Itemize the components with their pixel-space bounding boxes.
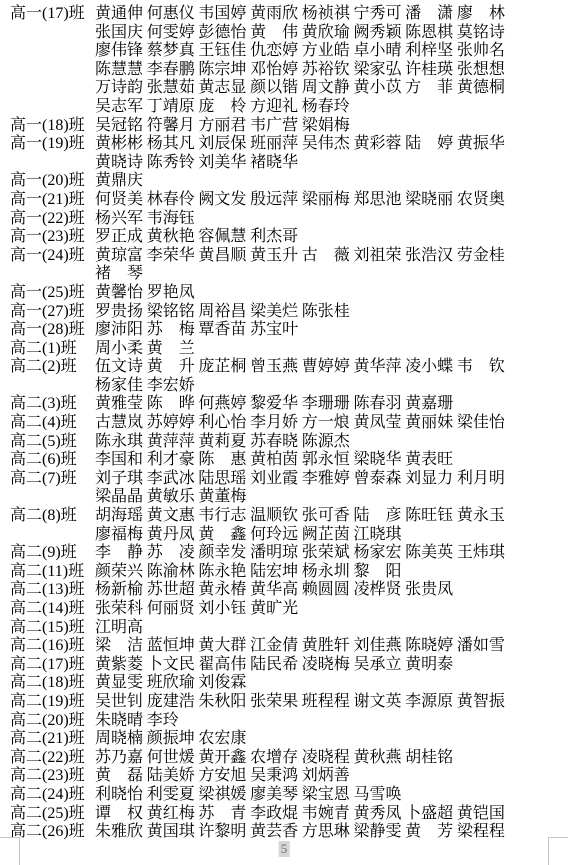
student-name: 黄永椿 (198, 581, 250, 600)
roster-row: 高二(4)班古慧岚苏婷婷利心怡李月娇方一烺黄凤莹黄丽妹梁佳怡 (0, 414, 568, 433)
student-name: 古慧岚 (95, 414, 147, 433)
roster-row: 高二(18)班黄显雯班欣瑜刘俊霖 (0, 674, 568, 693)
class-label: 高一(21)班 (0, 191, 95, 210)
roster-row: 高一(17)班黄通伸何惠仪韦国婷黄雨欣杨祯祺宁秀可潘 潇廖 林 (0, 5, 568, 24)
student-name: 褚 琴 (95, 265, 147, 284)
student-name: 吴承立 (353, 656, 405, 675)
student-name: 黄凤莹 (353, 414, 405, 433)
roster-row: 高二(9)班李 静苏 凌颜幸发潘明琼张荣斌杨家宏陈美英王炜琪 (0, 544, 568, 563)
class-label: 高二(1)班 (0, 340, 95, 359)
student-name: 殷远萍 (250, 191, 302, 210)
student-name: 颜荣兴 (95, 563, 147, 582)
roster-row: 高二(16)班梁 洁蓝恒坤黄大群江金倩黄胜轩刘佳燕陈晓婷潘如雪 (0, 637, 568, 656)
class-label: 高二(24)班 (0, 786, 95, 805)
roster-row: 高二(7)班刘子琪李武冰陆思瑶刘业霞李雅婷曾泰森刘显力利月明 (0, 470, 568, 489)
class-label: 高二(4)班 (0, 414, 95, 433)
student-name: 黄小苡 (353, 79, 405, 98)
student-name: 黄明泰 (405, 656, 457, 675)
student-name: 庞芷桐 (198, 358, 250, 377)
student-name: 廖福梅 (95, 526, 147, 545)
student-name: 周文静 (302, 79, 354, 98)
student-name: 黄秋燕 (353, 749, 405, 768)
student-name: 黄鼎庆 (95, 172, 147, 191)
student-name: 黄彩蓉 (353, 135, 405, 154)
student-name: 阙秀颖 (353, 24, 405, 43)
student-name: 黄 芳 (405, 823, 457, 842)
roster-row: 高二(23)班黄 磊陆美娇方安旭吴秉鸿刘炳善 (0, 767, 568, 786)
student-name: 方 菲 (405, 79, 457, 98)
student-name: 潘如雪 (457, 637, 509, 656)
student-name: 李玲 (147, 712, 199, 731)
student-name: 劳金桂 (457, 247, 509, 266)
class-label: 高二(13)班 (0, 581, 95, 600)
student-name: 黄 鑫 (198, 526, 250, 545)
student-name: 黄华高 (250, 581, 302, 600)
student-name: 利雯夏 (147, 786, 199, 805)
student-name: 梁美烂 (250, 303, 302, 322)
roster-row: 陈慧慧李春鹏陈宗坤邓怡婷苏裕钦梁家弘许桂瑛张想想 (0, 61, 568, 80)
student-name: 吴世钊 (95, 693, 147, 712)
student-name: 黄旷光 (250, 600, 302, 619)
student-name: 韦 钦 (457, 358, 509, 377)
student-name: 廖伟锋 (95, 42, 147, 61)
student-name: 陈秀铃 (147, 154, 199, 173)
student-name: 何世煖 (147, 749, 199, 768)
roster-row: 高二(6)班李国和利才豪陈 惠黄柏茵郭永恒梁晓华黄表旺 (0, 451, 568, 470)
class-label: 高二(16)班 (0, 637, 95, 656)
student-name: 江晓琪 (353, 526, 405, 545)
student-name: 黄 兰 (147, 340, 199, 359)
student-name: 黄德桐 (457, 79, 509, 98)
class-label: 高一(24)班 (0, 247, 95, 266)
student-name: 颜振坤 (147, 730, 199, 749)
student-name: 陆 彦 (353, 507, 405, 526)
class-label: 高二(15)班 (0, 619, 95, 638)
student-name: 林春伶 (147, 191, 199, 210)
student-name: 黄敏乐 (147, 488, 199, 507)
student-name: 黄显雯 (95, 674, 147, 693)
student-name: 刘炳善 (302, 767, 354, 786)
student-name: 梁静雯 (353, 823, 405, 842)
student-name: 黄欣瑜 (302, 24, 354, 43)
student-name: 黄雨欣 (250, 5, 302, 24)
student-name: 曾泰森 (353, 470, 405, 489)
student-name: 黄馨怡 (95, 284, 147, 303)
student-name: 凌晓程 (302, 749, 354, 768)
student-name: 陈永艳 (198, 563, 250, 582)
student-name: 周晓楠 (95, 730, 147, 749)
student-name: 杨永圳 (302, 563, 354, 582)
student-name: 黄芸香 (250, 823, 302, 842)
student-name: 梁晓丽 (405, 191, 457, 210)
roster-row: 高一(23)班罗正成黄秋艳容佩慧利杰哥 (0, 228, 568, 247)
student-name: 杨家宏 (353, 544, 405, 563)
student-name: 何燕婷 (198, 395, 250, 414)
student-name: 黄玉升 (250, 247, 302, 266)
roster-row: 褚 琴 (0, 265, 568, 284)
roster-row: 吴志军丁靖原庞 柃方迎礼杨春玲 (0, 98, 568, 117)
student-name: 罗艳凤 (147, 284, 199, 303)
roster-row: 廖伟锋蔡梦真王钰佳仇恋婷方业皓卓小晴利梓坚张帅名 (0, 42, 568, 61)
student-name: 陈渝林 (147, 563, 199, 582)
student-name: 陈恩棋 (405, 24, 457, 43)
student-name: 杨新榆 (95, 581, 147, 600)
student-name: 宁秀可 (353, 5, 405, 24)
student-name: 韦国婷 (198, 5, 250, 24)
student-name: 周裕昌 (198, 303, 250, 322)
student-name: 刘祖荣 (353, 247, 405, 266)
student-name: 郑思池 (353, 191, 405, 210)
student-name: 邓怡婷 (250, 61, 302, 80)
roster-row: 高二(3)班黄雅莹陈 晔何燕婷黎爱华李珊珊陈春羽黄嘉珊 (0, 395, 568, 414)
class-label: 高一(22)班 (0, 210, 95, 229)
student-name: 凌桦贤 (353, 581, 405, 600)
student-name: 蓝恒坤 (147, 637, 199, 656)
student-name: 廖沛阳 (95, 321, 147, 340)
student-name: 方思琳 (302, 823, 354, 842)
roster-row: 高二(21)班周晓楠颜振坤农宏康 (0, 730, 568, 749)
class-label: 高二(7)班 (0, 470, 95, 489)
student-name: 苏世超 (147, 581, 199, 600)
student-name: 刘小钰 (198, 600, 250, 619)
student-name: 黄昌顺 (198, 247, 250, 266)
class-label: 高二(17)班 (0, 656, 95, 675)
student-name: 谭 权 (95, 805, 147, 824)
student-name: 黄嘉珊 (405, 395, 457, 414)
student-name: 黄雅莹 (95, 395, 147, 414)
student-name: 张想想 (457, 61, 509, 80)
text-boundary-mark-bottom-left (0, 837, 20, 865)
student-name: 班欣瑜 (147, 674, 199, 693)
student-name: 谢文英 (353, 693, 405, 712)
student-name: 黄大群 (198, 637, 250, 656)
student-name: 阙芷茵 (302, 526, 354, 545)
student-name: 梁晓华 (353, 451, 405, 470)
student-name: 颜以锴 (250, 79, 302, 98)
roster-row: 万诗韵张慧茹黄志显颜以锴周文静黄小苡方 菲黄德桐 (0, 79, 568, 98)
student-name: 张浩汉 (405, 247, 457, 266)
student-name: 万诗韵 (95, 79, 147, 98)
student-name: 朱晓晴 (95, 712, 147, 731)
roster-row: 高一(19)班黄彬彬杨其凡刘辰保班丽萍吴伟杰黄彩蓉陆 婷黄振华 (0, 135, 568, 154)
student-name: 黄智振 (457, 693, 509, 712)
student-name: 梁佳怡 (457, 414, 509, 433)
roster-row: 杨家佳李宏娇 (0, 377, 568, 396)
student-name: 张荣科 (95, 600, 147, 619)
student-name: 庞 柃 (198, 98, 250, 117)
student-name: 何惠仪 (147, 5, 199, 24)
student-name: 梁娟梅 (302, 117, 354, 136)
student-name: 张荣果 (250, 693, 302, 712)
student-name: 杨其凡 (147, 135, 199, 154)
student-name: 李武冰 (147, 470, 199, 489)
student-name: 梁程程 (457, 823, 509, 842)
class-label: 高二(11)班 (0, 563, 95, 582)
class-label: 高一(17)班 (0, 5, 95, 24)
student-name: 张荣斌 (302, 544, 354, 563)
student-name: 陈宗坤 (198, 61, 250, 80)
student-name: 农增存 (250, 749, 302, 768)
class-label: 高二(6)班 (0, 451, 95, 470)
student-name: 陈 晔 (147, 395, 199, 414)
class-label: 高二(21)班 (0, 730, 95, 749)
student-name: 潘明琼 (250, 544, 302, 563)
student-name: 仇恋婷 (250, 42, 302, 61)
student-name: 卜文民 (147, 656, 199, 675)
student-name: 黎 阳 (353, 563, 405, 582)
student-name: 梁家弘 (353, 61, 405, 80)
student-name: 陆民希 (250, 656, 302, 675)
student-name: 卓小晴 (353, 42, 405, 61)
student-name: 黄晓诗 (95, 154, 147, 173)
student-name: 苏乃嘉 (95, 749, 147, 768)
student-name: 利月明 (457, 470, 509, 489)
student-name: 利才豪 (147, 451, 199, 470)
student-name: 陆思瑶 (198, 470, 250, 489)
roster-row: 高一(28)班廖沛阳苏 梅覃香苗苏宝叶 (0, 321, 568, 340)
roster-row: 高一(27)班罗贵扬梁铭铭周裕昌梁美烂陈张桂 (0, 303, 568, 322)
student-name: 杨家佳 (95, 377, 147, 396)
roster-row: 高二(5)班陈永琪黄萍萍黄莉夏苏春晓陈源杰 (0, 433, 568, 452)
class-label: 高二(9)班 (0, 544, 95, 563)
student-name: 苏 梅 (147, 321, 199, 340)
class-label: 高一(25)班 (0, 284, 95, 303)
student-name: 班丽萍 (250, 135, 302, 154)
student-name: 陈旺钰 (405, 507, 457, 526)
student-name: 利杰哥 (250, 228, 302, 247)
student-name: 胡海瑶 (95, 507, 147, 526)
student-name: 何雯婷 (147, 24, 199, 43)
student-name: 黄彬彬 (95, 135, 147, 154)
student-name: 吴冠铭 (95, 117, 147, 136)
class-label: 高二(14)班 (0, 600, 95, 619)
student-name: 庞建浩 (147, 693, 199, 712)
student-name: 蔡梦真 (147, 42, 199, 61)
student-name: 黄永玉 (457, 507, 509, 526)
student-name: 黄萍萍 (147, 433, 199, 452)
class-label: 高二(5)班 (0, 433, 95, 452)
student-name: 刘美华 (198, 154, 250, 173)
roster-row: 张国庆何雯婷彭德怡黄 伟黄欣瑜阙秀颖陈恩棋莫铭诗 (0, 24, 568, 43)
student-name: 许桂瑛 (405, 61, 457, 80)
student-name: 潘 潇 (405, 5, 457, 24)
student-name: 郭永恒 (302, 451, 354, 470)
student-name: 吴志军 (95, 98, 147, 117)
roster-row: 高一(25)班黄馨怡罗艳凤 (0, 284, 568, 303)
student-name: 黄琼富 (95, 247, 147, 266)
roster-row: 高二(8)班胡海瑶黄文惠韦行志温顺钦张可香陆 彦陈旺钰黄永玉 (0, 507, 568, 526)
class-label: 高二(3)班 (0, 395, 95, 414)
student-name: 覃香苗 (198, 321, 250, 340)
student-name: 凌小蝶 (405, 358, 457, 377)
student-name: 丁靖原 (147, 98, 199, 117)
student-name: 翟高伟 (198, 656, 250, 675)
student-name: 苏宝叶 (250, 321, 302, 340)
roster-row: 高一(21)班何贤美林春伶阙文发殷远萍梁丽梅郑思池梁晓丽农贤奥 (0, 191, 568, 210)
student-name: 陈春羽 (353, 395, 405, 414)
class-label: 高一(18)班 (0, 117, 95, 136)
student-name: 李珊珊 (302, 395, 354, 414)
roster-row: 高二(19)班吴世钊庞建浩朱秋阳张荣果班程程谢文英李源原黄智振 (0, 693, 568, 712)
student-name: 黄胜轩 (302, 637, 354, 656)
student-name: 卜盛超 (405, 805, 457, 824)
student-name: 杨兴军 (95, 210, 147, 229)
student-name: 刘俊霖 (198, 674, 250, 693)
student-name: 何丽贤 (147, 600, 199, 619)
student-name: 凌晓梅 (302, 656, 354, 675)
student-name: 陆美娇 (147, 767, 199, 786)
student-name: 朱秋阳 (198, 693, 250, 712)
student-name: 黄文惠 (147, 507, 199, 526)
student-name: 李宏娇 (147, 377, 199, 396)
student-name: 张贵凤 (405, 581, 457, 600)
student-name: 杨春玲 (302, 98, 354, 117)
student-name: 罗贵扬 (95, 303, 147, 322)
student-name: 刘业霞 (250, 470, 302, 489)
class-label: 高二(19)班 (0, 693, 95, 712)
student-name: 赖圆圆 (302, 581, 354, 600)
student-name: 陆宏坤 (250, 563, 302, 582)
class-label: 高一(23)班 (0, 228, 95, 247)
student-name: 廖美琴 (250, 786, 302, 805)
roster-row: 高一(18)班吴冠铭符馨月方丽君韦广营梁娟梅 (0, 117, 568, 136)
student-name: 容佩慧 (198, 228, 250, 247)
student-name: 利心怡 (198, 414, 250, 433)
student-name: 韦广营 (250, 117, 302, 136)
class-label: 高二(8)班 (0, 507, 95, 526)
student-name: 梁 洁 (95, 637, 147, 656)
student-name: 何玲远 (250, 526, 302, 545)
student-name: 古 薇 (302, 247, 354, 266)
class-label: 高二(22)班 (0, 749, 95, 768)
student-name: 张帅名 (457, 42, 509, 61)
student-name: 彭德怡 (198, 24, 250, 43)
student-name: 李国和 (95, 451, 147, 470)
student-name: 黄国琪 (147, 823, 199, 842)
student-name: 刘显力 (405, 470, 457, 489)
class-label: 高一(27)班 (0, 303, 95, 322)
student-name: 苏 凌 (147, 544, 199, 563)
roster-row: 高一(22)班杨兴军韦海钰 (0, 210, 568, 229)
student-name: 曹婷婷 (302, 358, 354, 377)
roster-row: 高二(25)班谭 权黄红梅苏 青李政焜韦婉青黄秀凤卜盛超黄铠国 (0, 805, 568, 824)
student-name: 方迎礼 (250, 98, 302, 117)
student-name: 刘辰保 (198, 135, 250, 154)
student-name: 黄丹凤 (147, 526, 199, 545)
student-name: 黄华萍 (353, 358, 405, 377)
student-name: 符馨月 (147, 117, 199, 136)
student-name: 黄志显 (198, 79, 250, 98)
student-name: 黄秀凤 (353, 805, 405, 824)
student-name: 韦行志 (198, 507, 250, 526)
document-page: 高一(17)班黄通伸何惠仪韦国婷黄雨欣杨祯祺宁秀可潘 潇廖 林张国庆何雯婷彭德怡… (0, 0, 568, 865)
roster-row: 高二(22)班苏乃嘉何世煖黄开鑫农增存凌晓程黄秋燕胡桂铭 (0, 749, 568, 768)
student-name: 黄 升 (147, 358, 199, 377)
student-name: 李政焜 (250, 805, 302, 824)
student-name: 方丽君 (198, 117, 250, 136)
student-name: 吴秉鸿 (250, 767, 302, 786)
student-name: 江明高 (95, 619, 147, 638)
student-name: 苏春晓 (250, 433, 302, 452)
student-name: 吴伟杰 (302, 135, 354, 154)
student-name: 江金倩 (250, 637, 302, 656)
student-name: 苏 青 (198, 805, 250, 824)
text-boundary-mark-bottom-right (548, 837, 568, 865)
student-name: 梁铭铭 (147, 303, 199, 322)
student-name: 李荣华 (147, 247, 199, 266)
roster-row: 高一(20)班黄鼎庆 (0, 172, 568, 191)
student-name: 刘子琪 (95, 470, 147, 489)
student-name: 黄莉夏 (198, 433, 250, 452)
student-name: 陈晓婷 (405, 637, 457, 656)
student-name: 陆 婷 (405, 135, 457, 154)
student-name: 马雪唤 (353, 786, 405, 805)
student-name: 利晓怡 (95, 786, 147, 805)
student-name: 张国庆 (95, 24, 147, 43)
student-name: 陈源杰 (302, 433, 354, 452)
student-name: 利梓坚 (405, 42, 457, 61)
student-name: 苏婷婷 (147, 414, 199, 433)
roster-row: 高二(24)班利晓怡利雯夏梁祺媛廖美琴梁宝恩马雪唤 (0, 786, 568, 805)
student-name: 李雅婷 (302, 470, 354, 489)
roster-row: 高二(2)班伍文诗黄 升庞芷桐曾玉燕曹婷婷黄华萍凌小蝶韦 钦 (0, 358, 568, 377)
class-label: 高二(20)班 (0, 712, 95, 731)
student-name: 梁丽梅 (302, 191, 354, 210)
class-label: 高二(25)班 (0, 805, 95, 824)
student-name: 陈张桂 (302, 303, 354, 322)
student-name: 李 静 (95, 544, 147, 563)
student-name: 梁晶晶 (95, 488, 147, 507)
student-name: 曾玉燕 (250, 358, 302, 377)
student-name: 陈 惠 (198, 451, 250, 470)
student-name: 梁祺媛 (198, 786, 250, 805)
student-name: 王钰佳 (198, 42, 250, 61)
student-name: 颜幸发 (198, 544, 250, 563)
roster-row: 高二(13)班杨新榆苏世超黄永椿黄华高赖圆圆凌桦贤张贵凤 (0, 581, 568, 600)
class-label: 高二(2)班 (0, 358, 95, 377)
roster-row: 高二(17)班黄紫菱卜文民翟高伟陆民希凌晓梅吴承立黄明泰 (0, 656, 568, 675)
student-name: 农贤奥 (457, 191, 509, 210)
student-name: 黄 伟 (250, 24, 302, 43)
roster-row: 高二(15)班江明高 (0, 619, 568, 638)
student-name: 周小柔 (95, 340, 147, 359)
class-label: 高二(18)班 (0, 674, 95, 693)
student-name: 李春鹏 (147, 61, 199, 80)
student-name: 黄通伸 (95, 5, 147, 24)
student-name: 陈慧慧 (95, 61, 147, 80)
roster-row: 高二(14)班张荣科何丽贤刘小钰黄旷光 (0, 600, 568, 619)
student-name: 黄表旺 (405, 451, 457, 470)
student-name: 李月娇 (250, 414, 302, 433)
student-name: 阙文发 (198, 191, 250, 210)
class-label: 高一(20)班 (0, 172, 95, 191)
student-name: 何贤美 (95, 191, 147, 210)
student-name: 黄丽妹 (405, 414, 457, 433)
class-label: 高一(19)班 (0, 135, 95, 154)
roster-row: 高二(20)班朱晓晴李玲 (0, 712, 568, 731)
roster-row: 高二(11)班颜荣兴陈渝林陈永艳陆宏坤杨永圳黎 阳 (0, 563, 568, 582)
student-name: 苏裕钦 (302, 61, 354, 80)
class-roster-list: 高一(17)班黄通伸何惠仪韦国婷黄雨欣杨祯祺宁秀可潘 潇廖 林张国庆何雯婷彭德怡… (0, 0, 568, 842)
student-name: 廖 林 (457, 5, 509, 24)
student-name: 班程程 (302, 693, 354, 712)
roster-row: 高一(24)班黄琼富李荣华黄昌顺黄玉升古 薇刘祖荣张浩汉劳金桂 (0, 247, 568, 266)
student-name: 梁宝恩 (302, 786, 354, 805)
student-name: 温顺钦 (250, 507, 302, 526)
student-name: 陈美英 (405, 544, 457, 563)
class-label: 高二(23)班 (0, 767, 95, 786)
student-name: 王炜琪 (457, 544, 509, 563)
